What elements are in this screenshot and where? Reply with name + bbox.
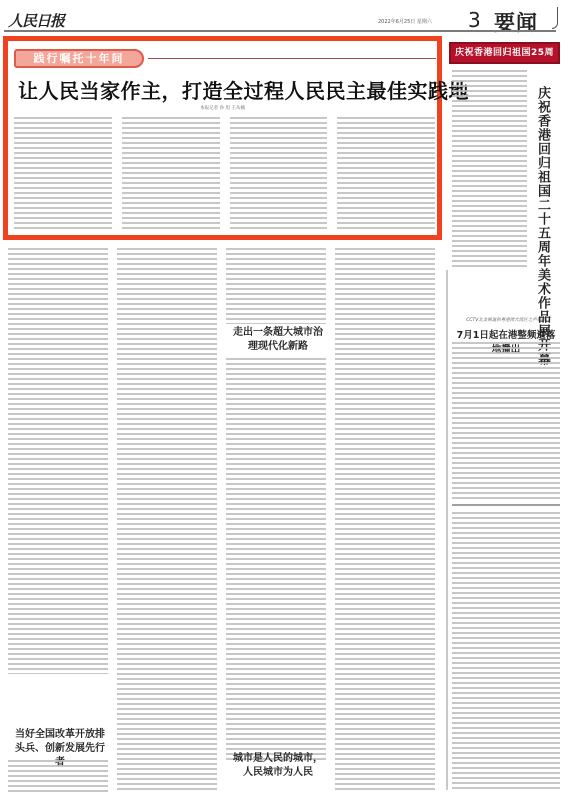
masthead: 人民日报 2022年6月25日 星期六 3 要闻 [0,0,563,32]
column-tag: 践行嘱托十年间 [14,49,144,68]
sidebar-story3-body [452,512,560,792]
page-bracket-decoration [552,7,558,29]
body-column-1-tail [8,760,108,794]
byline: 本报记者 孙 甩 王从楠 [8,105,437,111]
issue-date: 2022年6月25日 星期六 [378,18,432,25]
lead-column-3 [230,117,328,231]
body-column-1 [8,248,108,674]
sidebar-story1-title[interactable]: 庆祝香港回归祖国二十五周年美术作品展开幕 [532,86,550,366]
subhead-governance: 走出一条超大城市治理现代化新路 [230,326,326,354]
body-column-4 [335,248,435,793]
page-number: 3 [468,8,481,32]
lead-article[interactable]: 践行嘱托十年间 让人民当家作主，打造全过程人民民主最佳实践地 本报记者 孙 甩 … [3,36,442,240]
page-section-name: 要闻 [494,7,538,37]
lead-body-columns [14,117,435,231]
tag-rule [148,58,436,59]
lead-column-2 [122,117,220,231]
body-column-3 [226,358,326,762]
sidebar-divider [446,270,448,790]
body-column-3-top [226,248,326,324]
lead-column-1 [14,117,112,231]
sidebar-story2-subtitle: CCTV北美频道和粤港澳大湾区之声频率 [452,317,560,323]
headline[interactable]: 让人民当家作主，打造全过程人民民主最佳实践地 [18,75,469,104]
sidebar-story2-body [452,342,560,502]
sidebar-banner: 庆祝香港回归祖国25周年 [449,42,560,64]
body-column-2 [117,248,217,793]
masthead-rule [4,30,556,32]
sidebar-rule [452,504,560,506]
sidebar-story1-body [452,70,527,270]
newspaper-logo: 人民日报 [8,10,64,31]
subhead-people-city: 城市是人民的城市，人民城市为人民 [230,752,326,780]
lead-column-4 [337,117,435,231]
column-tag-label: 践行嘱托十年间 [16,51,142,66]
